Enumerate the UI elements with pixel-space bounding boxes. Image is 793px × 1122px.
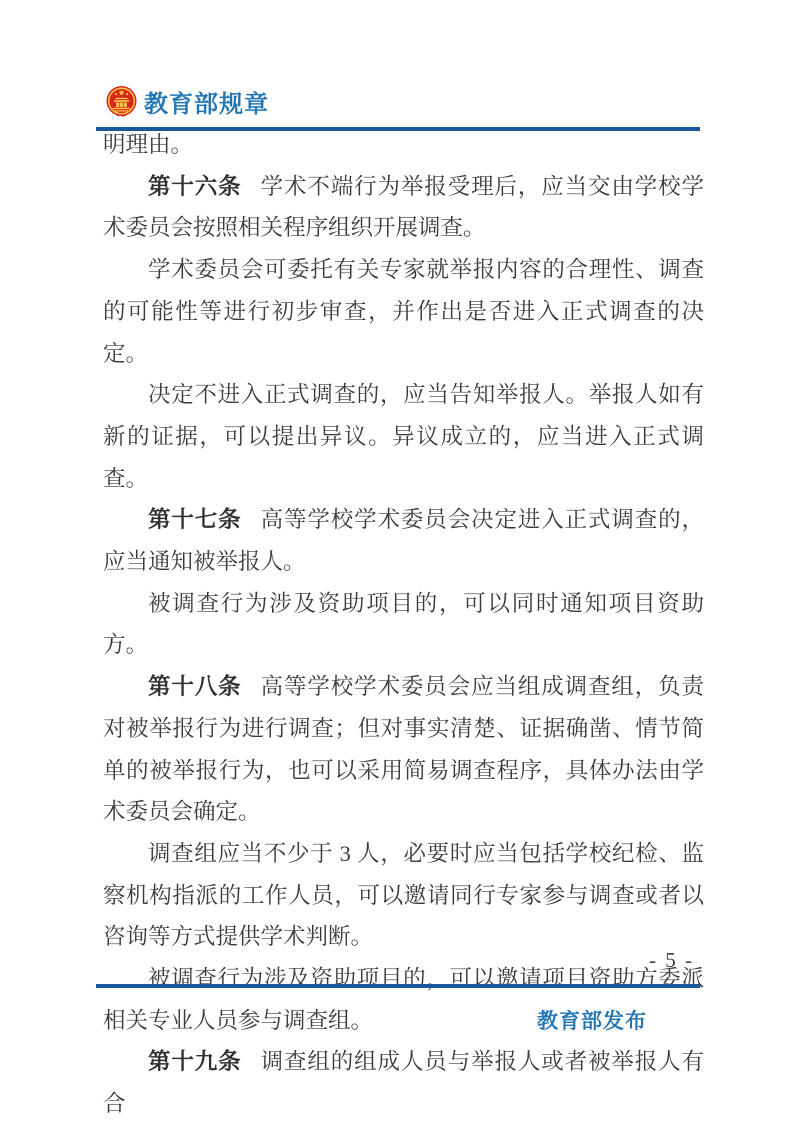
article-number: 第十九条 [148, 1049, 242, 1074]
document-body: 明理由。 第十六条学术不端行为举报受理后，应当交由学校学术委员会按照相关程序组织… [103, 124, 704, 1122]
page-header: 教育部规章 [106, 84, 269, 119]
article-number: 第十八条 [148, 674, 242, 699]
paragraph-text: 明理由。 [103, 132, 193, 157]
paragraph: 第十九条调查组的组成人员与举报人或者被举报人有合 [103, 1041, 704, 1122]
document-page: 教育部规章 明理由。 第十六条学术不端行为举报受理后，应当交由学校学术委员会按照… [0, 0, 793, 1122]
publisher-label: 教育部发布 [537, 1005, 647, 1035]
article-number: 第十六条 [148, 174, 242, 199]
paragraph: 调查组应当不少于 3 人，必要时应当包括学校纪检、监察机构指派的工作人员，可以邀… [103, 833, 704, 958]
paragraph: 第十七条高等学校学术委员会决定进入正式调查的，应当通知被举报人。 [103, 499, 704, 582]
paragraph: 明理由。 [103, 124, 704, 166]
header-title: 教育部规章 [144, 84, 269, 119]
paragraph-text: 被调查行为涉及资助项目的，可以同时通知项目资助方。 [103, 591, 704, 658]
paragraph-text: 决定不进入正式调查的，应当告知举报人。举报人如有新的证据，可以提出异议。异议成立… [103, 382, 704, 490]
paragraph: 第十六条学术不端行为举报受理后，应当交由学校学术委员会按照相关程序组织开展调查。 [103, 166, 704, 249]
page-number: - 5 - [649, 948, 694, 973]
footer-rule [96, 984, 700, 988]
paragraph-text: 学术委员会可委托有关专家就举报内容的合理性、调查的可能性等进行初步审查，并作出是… [103, 257, 704, 365]
paragraph-text: 调查组应当不少于 3 人，必要时应当包括学校纪检、监察机构指派的工作人员，可以邀… [103, 841, 704, 949]
article-number: 第十七条 [148, 507, 242, 532]
paragraph: 决定不进入正式调查的，应当告知举报人。举报人如有新的证据，可以提出异议。异议成立… [103, 374, 704, 499]
china-national-emblem-icon [106, 85, 137, 118]
paragraph: 学术委员会可委托有关专家就举报内容的合理性、调查的可能性等进行初步审查，并作出是… [103, 249, 704, 374]
paragraph: 被调查行为涉及资助项目的，可以同时通知项目资助方。 [103, 583, 704, 666]
paragraph: 第十八条高等学校学术委员会应当组成调查组，负责对被举报行为进行调查；但对事实清楚… [103, 666, 704, 833]
